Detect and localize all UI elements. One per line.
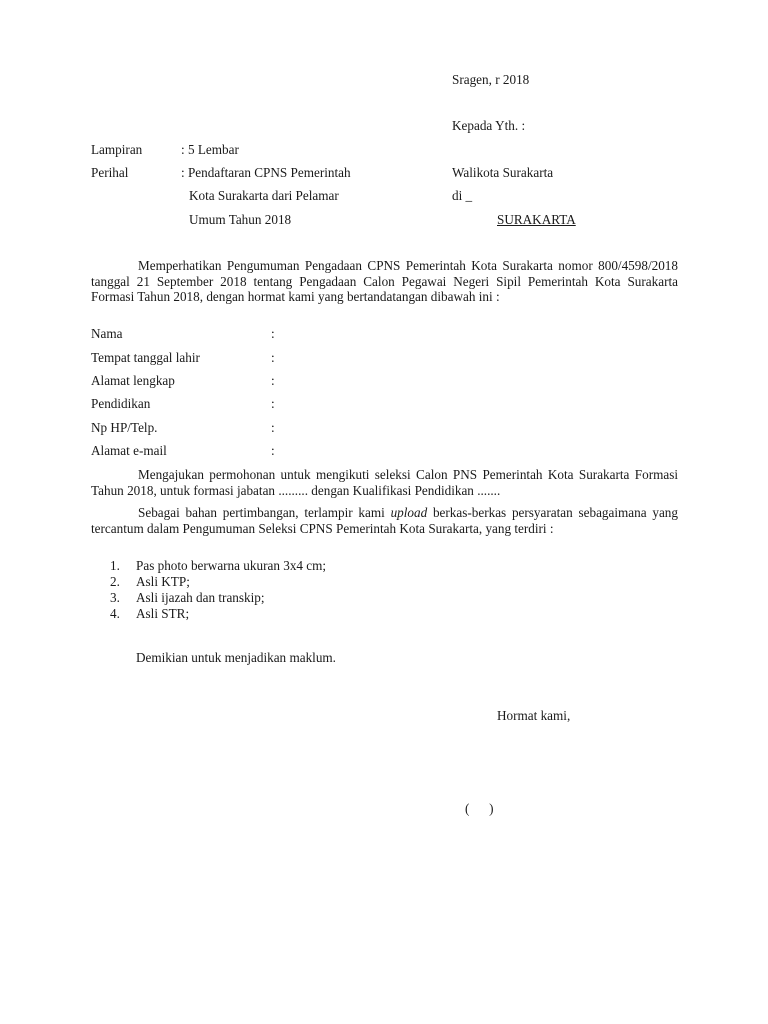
list-item-text: Asli ijazah dan transkip; [136, 590, 265, 605]
field-label-ttl: Tempat tanggal lahir [91, 350, 200, 366]
field-label-hp: Np HP/Telp. [91, 420, 157, 436]
field-colon-hp: : [271, 420, 275, 436]
field-colon-email: : [271, 443, 275, 459]
perihal-line-2: Kota Surakarta dari Pelamar [189, 188, 339, 204]
place-date: Sragen, r 2018 [452, 72, 529, 88]
list-item-text: Asli KTP; [136, 574, 190, 589]
field-label-email: Alamat e-mail [91, 443, 167, 459]
list-item-text: Asli STR; [136, 606, 189, 621]
signature-placeholder: ( ) [465, 801, 494, 817]
attachment-list: 1.Pas photo berwarna ukuran 3x4 cm; 2.As… [110, 558, 326, 622]
recipient-di: di _ [452, 188, 472, 204]
perihal-label: Perihal [91, 165, 128, 181]
list-item-number: 1. [110, 558, 120, 574]
lampiran-value: : 5 Lembar [181, 142, 239, 158]
request-paragraph: Mengajukan permohonan untuk mengikuti se… [91, 467, 678, 498]
opening-paragraph: Memperhatikan Pengumuman Pengadaan CPNS … [91, 258, 678, 305]
field-colon-alamat: : [271, 373, 275, 389]
recipient-greeting: Kepada Yth. : [452, 118, 525, 134]
perihal-line-3: Umum Tahun 2018 [189, 212, 291, 228]
list-item-number: 4. [110, 606, 120, 622]
list-item: 4.Asli STR; [110, 606, 326, 622]
field-label-pendidikan: Pendidikan [91, 396, 150, 412]
list-item: 3.Asli ijazah dan transkip; [110, 590, 326, 606]
field-colon-ttl: : [271, 350, 275, 366]
attachment-text-italic: upload [391, 505, 428, 520]
field-label-nama: Nama [91, 326, 123, 342]
opening-paragraph-text: Memperhatikan Pengumuman Pengadaan CPNS … [91, 258, 678, 304]
recipient-city: SURAKARTA [497, 212, 576, 228]
signoff-text: Hormat kami, [497, 708, 570, 724]
request-paragraph-text: Mengajukan permohonan untuk mengikuti se… [91, 467, 678, 498]
list-item-number: 3. [110, 590, 120, 606]
closing-text: Demikian untuk menjadikan maklum. [136, 650, 336, 666]
attachment-paragraph: Sebagai bahan pertimbangan, terlampir ka… [91, 505, 678, 536]
field-colon-pendidikan: : [271, 396, 275, 412]
field-colon-nama: : [271, 326, 275, 342]
recipient-name: Walikota Surakarta [452, 165, 553, 181]
list-item: 2.Asli KTP; [110, 574, 326, 590]
field-label-alamat: Alamat lengkap [91, 373, 175, 389]
lampiran-label: Lampiran [91, 142, 142, 158]
list-item-number: 2. [110, 574, 120, 590]
perihal-line-1: : Pendaftaran CPNS Pemerintah [181, 165, 351, 181]
list-item: 1.Pas photo berwarna ukuran 3x4 cm; [110, 558, 326, 574]
list-item-text: Pas photo berwarna ukuran 3x4 cm; [136, 558, 326, 573]
attachment-text-before: Sebagai bahan pertimbangan, terlampir ka… [138, 505, 391, 520]
